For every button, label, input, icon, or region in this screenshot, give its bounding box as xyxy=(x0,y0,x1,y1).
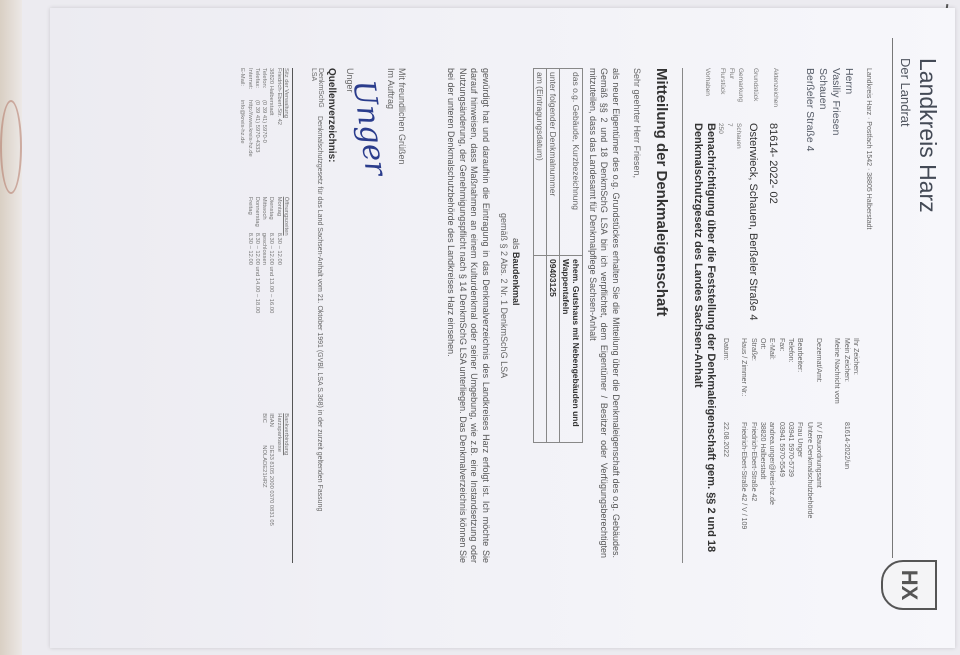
footer-contact-label: Telefon: xyxy=(260,68,267,100)
footer-hours-row: Montag8.30 – 12.00 xyxy=(274,197,281,314)
footer-hours-row: Freitag8.30 – 12.00 xyxy=(245,197,252,314)
reference-label: Dezernat/Amt: xyxy=(814,338,823,420)
salutation: Sehr geehrter Herr Friesen, xyxy=(632,68,642,178)
monument-table: das o.g. Gebäude, Kurzbezeichnungehem. G… xyxy=(533,68,583,443)
table-value-cell xyxy=(534,256,547,443)
footer-contact-row: Telefon:(0 39 41) 5970-0 xyxy=(260,68,267,157)
table-value-cell: ehem. Gutshaus mit Nebengebäuden und Wap… xyxy=(560,256,583,443)
paragraph-notice: gewürdigt hat und daraufhin die Eintragu… xyxy=(445,68,491,563)
sources-heading: Quellenverzeichnis: xyxy=(326,68,337,162)
flurstueck-value: 250 xyxy=(716,123,725,149)
recipient-address: Herrn Vasiliy Friesen Schauen Berßeler S… xyxy=(803,68,855,151)
reference-value: Untere Denkmalschutzbehörde xyxy=(804,422,813,529)
footer-hours-heading: Öffnungszeiten xyxy=(282,197,289,314)
organization-name: Landkreis Harz xyxy=(914,58,941,213)
subject-divider xyxy=(682,68,683,563)
reference-value xyxy=(832,422,841,529)
flur-label: Flur xyxy=(727,68,736,108)
flurstueck-label: Flurstück xyxy=(718,68,727,108)
parcel-values: Schauen 7 250 xyxy=(716,123,743,149)
document-photo: Landkreis Harz Der Landrat HX Landkreis … xyxy=(0,0,960,655)
footer-bank-row: BICNOLADE21HRZ xyxy=(260,413,267,526)
footer-hours-day: Mittwoch xyxy=(260,197,267,233)
reference-value: Friedrich-Ebert-Straße 42 / V / 109 xyxy=(739,422,748,529)
reference-value xyxy=(851,422,860,529)
letter-page: Landkreis Harz Der Landrat HX Landkreis … xyxy=(50,8,955,648)
footer-bank-value: NOLADE21HRZ xyxy=(260,445,267,487)
recipient-place: Schauen xyxy=(816,68,829,151)
footer-hours-day: Dienstag xyxy=(267,197,274,233)
reference-value xyxy=(730,422,739,529)
reference-label: Straße: xyxy=(748,338,757,420)
footer-hours-row: Mittwochgeschlossen xyxy=(260,197,267,314)
footer-office-heading: Sitz der Verwaltung xyxy=(282,68,289,157)
footer-office: Sitz der Verwaltung Friedrich-Ebert-Str.… xyxy=(238,68,289,157)
footer-contact-value: (0 39 41) 5970-4333 xyxy=(253,100,260,153)
gemarkung-label: Gemarkung xyxy=(736,68,745,108)
aktenzeichen-label: Aktenzeichen xyxy=(771,68,780,108)
footer-bank-value: DE33 8105 2000 0370 0831 05 xyxy=(267,445,274,526)
reference-value: andrea.unger@kreis-hz.de xyxy=(767,422,776,529)
grundstueck-value: Osterwieck, Schauen, Berßeler Straße 4 xyxy=(747,123,759,320)
coat-of-arms-icon: HX xyxy=(881,560,937,610)
footer-hours-row: Dienstag8.30 – 12.00 und 13.00 – 16.00 xyxy=(267,197,274,314)
table-value-cell: 09403125 xyxy=(547,256,560,443)
reference-value: 38820 Halberstadt xyxy=(758,422,767,529)
reference-label: Meine Nachricht vom xyxy=(832,338,841,420)
table-label-cell: am (Eintragungsdatum) xyxy=(534,69,547,256)
classification-value: Baudenkmal xyxy=(511,252,521,306)
footer-hours-row: Donnerstag8.30 – 12.00 und 14.00 – 18.00 xyxy=(253,197,260,314)
gemarkung-value: Schauen xyxy=(734,123,743,149)
meta-labels: Aktenzeichen Grundstück Gemarkung Flur F… xyxy=(703,68,780,108)
closing-greeting: Mit freundlichen Grüßen xyxy=(396,68,407,165)
sources-entry: DenkmSchG LSA Denkmalschutzgesetz für da… xyxy=(310,68,324,556)
footer-divider xyxy=(292,68,293,563)
legal-basis: gemäß § 2 Abs. 2 Nr. 1 DenkmSchG LSA xyxy=(499,213,509,378)
footer-bank-heading: Bankverbindung xyxy=(282,413,289,526)
table-label-cell: unter folgender Denkmalnummer xyxy=(547,69,560,256)
footer-hours-day: Donnerstag xyxy=(253,197,260,233)
vorhaben-label: Vorhaben xyxy=(703,68,712,108)
table-label-cell: das o.g. Gebäude, Kurzbezeichnung xyxy=(560,69,583,256)
classification-line: als Baudenkmal xyxy=(511,238,521,306)
reference-label: Datum: xyxy=(721,338,730,420)
reference-label: Mein Zeichen: xyxy=(841,338,850,420)
footer-contact-value: info@kreis-hz.de xyxy=(238,100,245,144)
recipient-name: Vasiliy Friesen xyxy=(829,68,842,151)
footer-contact-label: Internet: xyxy=(245,68,252,100)
footer-hours-time: 8.30 – 12.00 und 14.00 – 18.00 xyxy=(253,233,260,314)
footer-contact-value: (0 39 41) 5970-0 xyxy=(260,100,267,143)
subject-line: Benachrichtigung über die Feststellung d… xyxy=(691,123,717,563)
footer-office-line: 38820 Halberstadt xyxy=(267,68,274,157)
footer-contact-value: http://www.kreis-hz.de xyxy=(245,100,252,157)
table-row: das o.g. Gebäude, Kurzbezeichnungehem. G… xyxy=(560,69,583,443)
reference-label xyxy=(823,338,832,420)
reference-label: Haus / Zimmer Nr.: xyxy=(739,338,748,420)
reference-label: Fax: xyxy=(776,338,785,420)
footer-bank-label: BIC xyxy=(260,413,267,445)
reference-label xyxy=(804,338,813,420)
reference-label xyxy=(730,338,739,420)
sender-return-address: Landkreis Harz · Postfach 1542 · 38805 H… xyxy=(865,68,872,229)
footer-hours-time: 8.30 – 12.00 xyxy=(245,233,252,265)
paragraph-intro: als neuer Eigentümer des o.g. Grundstück… xyxy=(587,68,622,558)
source-abbreviation: DenkmSchG LSA xyxy=(310,68,324,116)
reference-values: 81614-2022/un IV / BauordnungsamtUntere … xyxy=(721,422,860,529)
footer-contact-row: Internet:http://www.kreis-hz.de xyxy=(245,68,252,157)
classification-prefix: als xyxy=(511,238,521,250)
recipient-street: Berßeler Straße 4 xyxy=(803,68,816,151)
footer-hours-day: Montag xyxy=(274,197,281,233)
reference-value: 03941 5970-5549 xyxy=(776,422,785,529)
reference-value: IV / Bauordnungsamt xyxy=(814,422,823,529)
table-row: unter folgender Denkmalnummer09403125 xyxy=(547,69,560,443)
footer-contact-label: Telefax: xyxy=(253,68,260,100)
footer-bank: Bankverbindung Harzsparkasse IBANDE33 81… xyxy=(238,413,289,526)
footer-bank-label: IBAN xyxy=(267,413,274,445)
footer-contact-label: E-Mail: xyxy=(238,68,245,100)
footer-hours-time: 8.30 – 12.00 xyxy=(274,233,281,265)
reference-label: Bearbeiter: xyxy=(795,338,804,420)
footer-contact-row: E-Mail:info@kreis-hz.de xyxy=(238,68,245,157)
reference-value xyxy=(823,422,832,529)
reference-value: 22.08.2022 xyxy=(721,422,730,529)
aktenzeichen-value: 81614- 2022- 02 xyxy=(767,123,779,204)
footer-hours-time: 8.30 – 12.00 und 13.00 – 16.00 xyxy=(267,233,274,314)
table-row: am (Eintragungsdatum) xyxy=(534,69,547,443)
footer-hours-day: Freitag xyxy=(245,197,252,233)
reference-value: Friedrich-Ebert-Straße 42 xyxy=(748,422,757,529)
footer-hours-time: geschlossen xyxy=(260,233,267,265)
reference-label: Telefon: xyxy=(786,338,795,420)
reference-label: Ihr Zeichen: xyxy=(851,338,860,420)
footer-hours: Öffnungszeiten Montag8.30 – 12.00Diensta… xyxy=(238,197,289,314)
footer-contact-row: Telefax:(0 39 41) 5970-4333 xyxy=(253,68,260,157)
reference-labels: Ihr Zeichen:Mein Zeichen:Meine Nachricht… xyxy=(721,338,860,420)
letter-footer: Sitz der Verwaltung Friedrich-Ebert-Str.… xyxy=(238,68,289,526)
signer-name: Unger xyxy=(345,68,355,93)
letter-heading: Mitteilung der Denkmaleigenschaft xyxy=(653,68,670,316)
reference-block: Ihr Zeichen:Mein Zeichen:Meine Nachricht… xyxy=(721,338,860,529)
reference-value: Frau Unger xyxy=(795,422,804,529)
source-text: Denkmalschutzgesetz für das Land Sachsen… xyxy=(310,116,324,556)
footer-office-line: Friedrich-Ebert-Str. 42 xyxy=(274,68,281,157)
header-divider xyxy=(892,38,893,558)
organization-subtitle: Der Landrat xyxy=(898,58,913,127)
reference-label: Ort: xyxy=(758,338,767,420)
footer-bank-name: Harzsparkasse xyxy=(274,413,281,526)
flur-value: 7 xyxy=(725,123,734,149)
reference-value: 03941 5970-5739 xyxy=(786,422,795,529)
recipient-salutation: Herrn xyxy=(842,68,855,151)
footer-bank-row: IBANDE33 8105 2000 0370 0831 05 xyxy=(267,413,274,526)
grundstueck-label: Grundstück xyxy=(751,68,760,108)
reference-value: 81614-2022/un xyxy=(841,422,850,529)
reference-label: E-Mail: xyxy=(767,338,776,420)
